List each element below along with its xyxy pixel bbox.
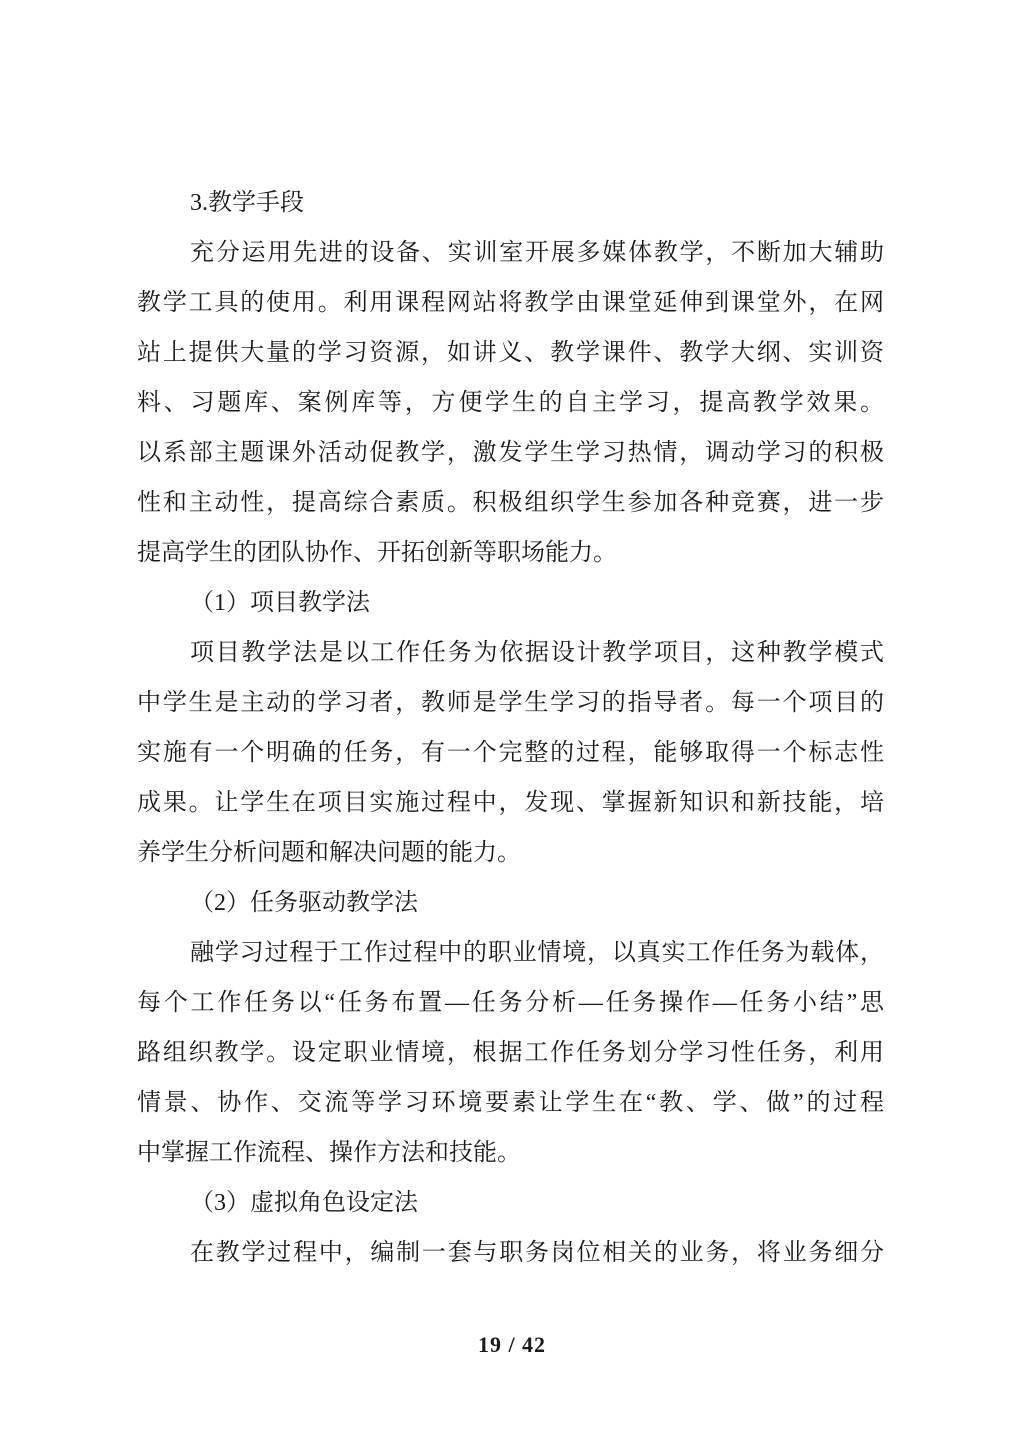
- body-text-line: 项目教学法是以工作任务为依据设计教学项目，这种教学模式: [137, 628, 884, 678]
- body-text-line: 成果。让学生在项目实施过程中，发现、掌握新知识和新技能，培: [137, 778, 884, 828]
- body-text-line: 养学生分析问题和解决问题的能力。: [137, 828, 884, 878]
- body-text-line: 融学习过程于工作过程中的职业情境，以真实工作任务为载体，: [137, 928, 884, 978]
- body-text-line: 料、习题库、案例库等，方便学生的自主学习，提高教学效果。: [137, 378, 884, 428]
- body-text-line: 情景、协作、交流等学习环境要素让学生在“教、学、做”的过程: [137, 1078, 884, 1128]
- body-text-line: 中学生是主动的学习者，教师是学生学习的指导者。每一个项目的: [137, 678, 884, 728]
- body-text-line: 每个工作任务以“任务布置—任务分析—任务操作—任务小结”思: [137, 978, 884, 1028]
- body-text-line: 在教学过程中，编制一套与职务岗位相关的业务，将业务细分: [137, 1228, 884, 1278]
- section-heading: 3.教学手段: [137, 178, 884, 228]
- subsection-heading-2: （2）任务驱动教学法: [137, 878, 884, 928]
- subsection-heading-1: （1）项目教学法: [137, 578, 884, 628]
- body-text-line: 教学工具的使用。利用课程网站将教学由课堂延伸到课堂外，在网: [137, 278, 884, 328]
- page-number: 19 / 42: [0, 1332, 1024, 1358]
- body-text-line: 以系部主题课外活动促教学，激发学生学习热情，调动学习的积极: [137, 428, 884, 478]
- document-body: 3.教学手段 充分运用先进的设备、实训室开展多媒体教学，不断加大辅助 教学工具的…: [137, 178, 884, 1278]
- body-text-line: 充分运用先进的设备、实训室开展多媒体教学，不断加大辅助: [137, 228, 884, 278]
- body-text-line: 路组织教学。设定职业情境，根据工作任务划分学习性任务，利用: [137, 1028, 884, 1078]
- body-text-line: 实施有一个明确的任务，有一个完整的过程，能够取得一个标志性: [137, 728, 884, 778]
- subsection-heading-3: （3）虚拟角色设定法: [137, 1178, 884, 1228]
- body-text-line: 性和主动性，提高综合素质。积极组织学生参加各种竞赛，进一步: [137, 478, 884, 528]
- document-page: 3.教学手段 充分运用先进的设备、实训室开展多媒体教学，不断加大辅助 教学工具的…: [0, 0, 1024, 1448]
- body-text-line: 站上提供大量的学习资源，如讲义、教学课件、教学大纲、实训资: [137, 328, 884, 378]
- body-text-line: 提高学生的团队协作、开拓创新等职场能力。: [137, 528, 884, 578]
- body-text-line: 中掌握工作流程、操作方法和技能。: [137, 1128, 884, 1178]
